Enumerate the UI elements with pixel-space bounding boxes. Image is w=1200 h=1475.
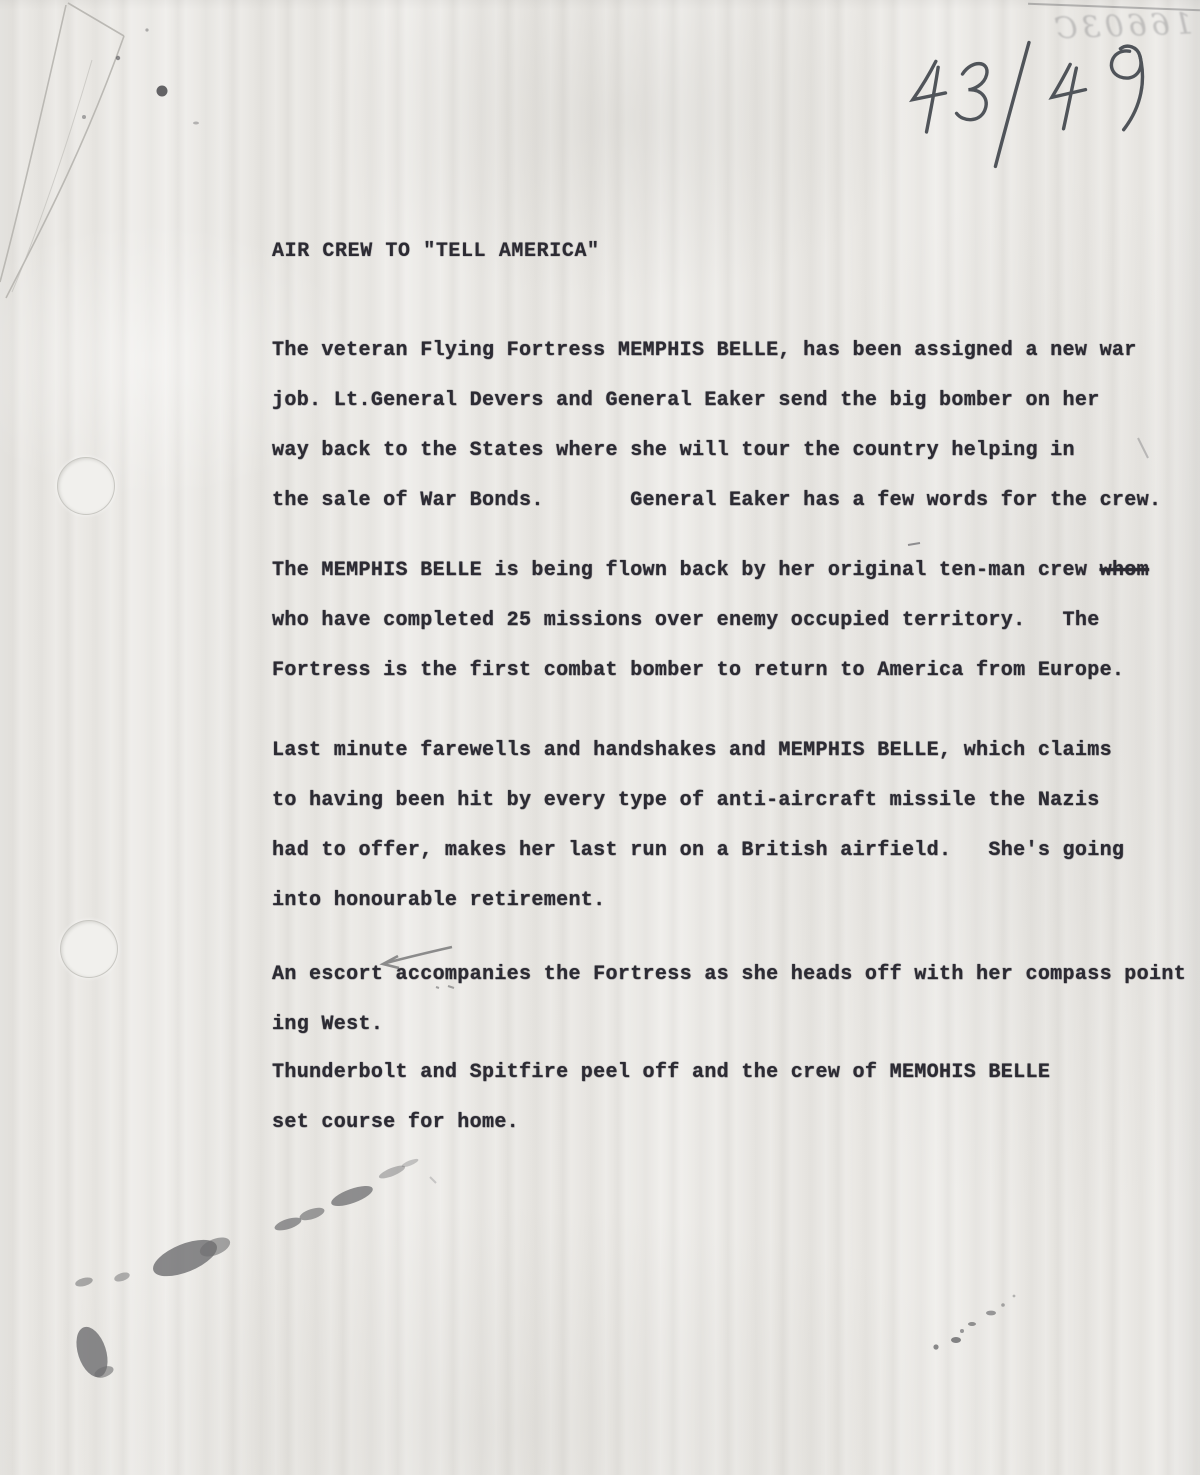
document-title: AIR CREW TO "TELL AMERICA" xyxy=(272,240,1172,264)
text-line: Fortress is the first combat bomber to r… xyxy=(272,646,1172,696)
paragraph-2: The MEMPHIS BELLE is being flown back by… xyxy=(272,546,1172,696)
text-line: An escort accompanies the Fortress as sh… xyxy=(272,950,1172,1000)
punch-hole-top xyxy=(57,457,115,515)
text-segment: The MEMPHIS BELLE is being flown back by… xyxy=(272,559,1100,582)
paragraph-5: Thunderbolt and Spitfire peel off and th… xyxy=(272,1048,1172,1148)
handwritten-page-number xyxy=(880,30,1200,170)
text-line: job. Lt.General Devers and General Eaker… xyxy=(272,376,1172,426)
scanned-document-page: 16603C AIR CREW TO "TELL AMERICA" The ve… xyxy=(0,0,1200,1475)
text-line: Thunderbolt and Spitfire peel off and th… xyxy=(272,1048,1172,1098)
stain-dots xyxy=(82,28,199,124)
fold-crease xyxy=(0,3,124,298)
ink-smudge-trail xyxy=(71,1157,420,1381)
punch-hole-bottom xyxy=(60,920,118,978)
text-line: into honourable retirement. xyxy=(272,876,1172,926)
paragraph-3: Last minute farewells and handshakes and… xyxy=(272,726,1172,926)
text-line: The MEMPHIS BELLE is being flown back by… xyxy=(272,546,1172,596)
text-line: way back to the States where she will to… xyxy=(272,426,1172,476)
struck-out-word: whom xyxy=(1100,559,1149,582)
text-line: to having been hit by every type of anti… xyxy=(272,776,1172,826)
text-line: set course for home. xyxy=(272,1098,1172,1148)
text-line: ing West. xyxy=(272,1000,1172,1050)
text-line: the sale of War Bonds. General Eaker has… xyxy=(272,476,1172,526)
text-line: had to offer, makes her last run on a Br… xyxy=(272,826,1172,876)
text-line: Last minute farewells and handshakes and… xyxy=(272,726,1172,776)
text-line: who have completed 25 missions over enem… xyxy=(272,596,1172,646)
paragraph-1: The veteran Flying Fortress MEMPHIS BELL… xyxy=(272,326,1172,526)
bottom-right-speckles xyxy=(933,1295,1015,1350)
text-line: The veteran Flying Fortress MEMPHIS BELL… xyxy=(272,326,1172,376)
paragraph-4: An escort accompanies the Fortress as sh… xyxy=(272,950,1172,1050)
document-text: AIR CREW TO "TELL AMERICA" The veteran F… xyxy=(272,240,1172,1148)
